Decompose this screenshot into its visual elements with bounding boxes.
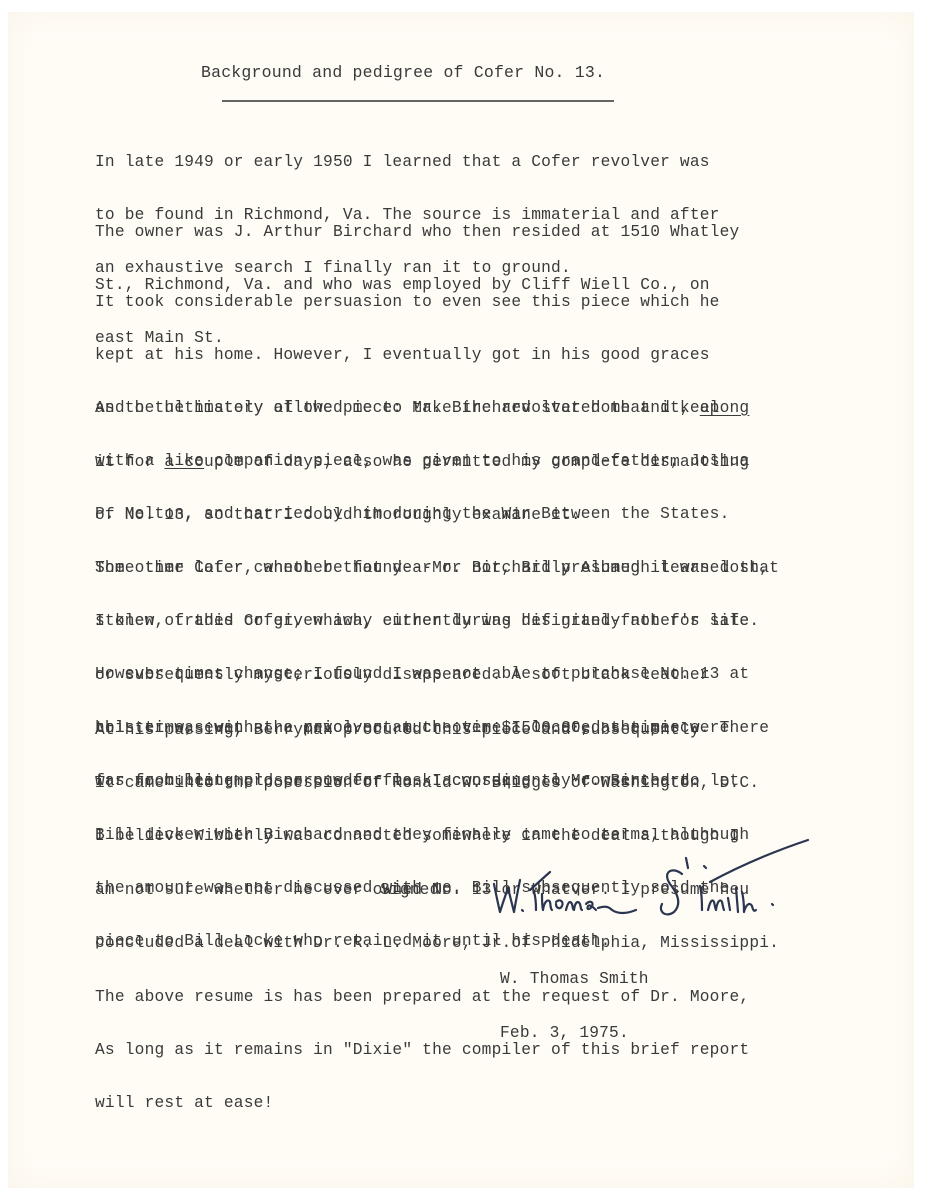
text-line: concluded a deal with Dr. R. L. Moore, J…: [95, 935, 779, 953]
underlined-word: along: [700, 399, 750, 417]
text-line: In late 1949 or early 1950 I learned tha…: [95, 154, 720, 172]
text-line: Some time later, whether that year or no…: [95, 560, 779, 578]
signed-label: Signed:: [380, 881, 449, 899]
document-page: Background and pedigree of Cofer No. 13.…: [8, 12, 914, 1188]
text-line-underlined: with a like companion piece, was given t…: [95, 453, 769, 471]
text-line: The owner was J. Arthur Birchard who the…: [95, 224, 739, 242]
text-line: kept at his home. However, I eventually …: [95, 347, 749, 365]
text-line: The above resume is has been prepared at…: [95, 989, 779, 1007]
signer-name: W. Thomas Smith: [500, 970, 649, 988]
underlined-word: like: [164, 452, 204, 470]
text-line: will rest at ease!: [95, 1095, 779, 1113]
text-line: At his passing, Berryman procured this p…: [95, 722, 779, 740]
text-line: I knew of this Cofer, which, currently w…: [95, 613, 779, 631]
signer-block: W. Thomas Smith Feb. 3, 1975.: [500, 934, 649, 1078]
text-line: However times change; I found I was not …: [95, 666, 779, 684]
handwritten-signature: [486, 832, 826, 932]
text-line: it came into the posession of Ronald W. …: [95, 775, 779, 793]
document-title: Background and pedigree of Cofer No. 13.: [201, 63, 605, 82]
title-underline: [222, 100, 614, 102]
text-line: As long as it remains in "Dixie" the com…: [95, 1042, 779, 1060]
signature-date: Feb. 3, 1975.: [500, 1024, 649, 1042]
text-line-underlined: As to the history of the piece: Mr. Birc…: [95, 400, 769, 418]
text-line: P. Melton, and carried by him during the…: [95, 506, 769, 524]
text-line: It took considerable persuasion to even …: [95, 294, 749, 312]
